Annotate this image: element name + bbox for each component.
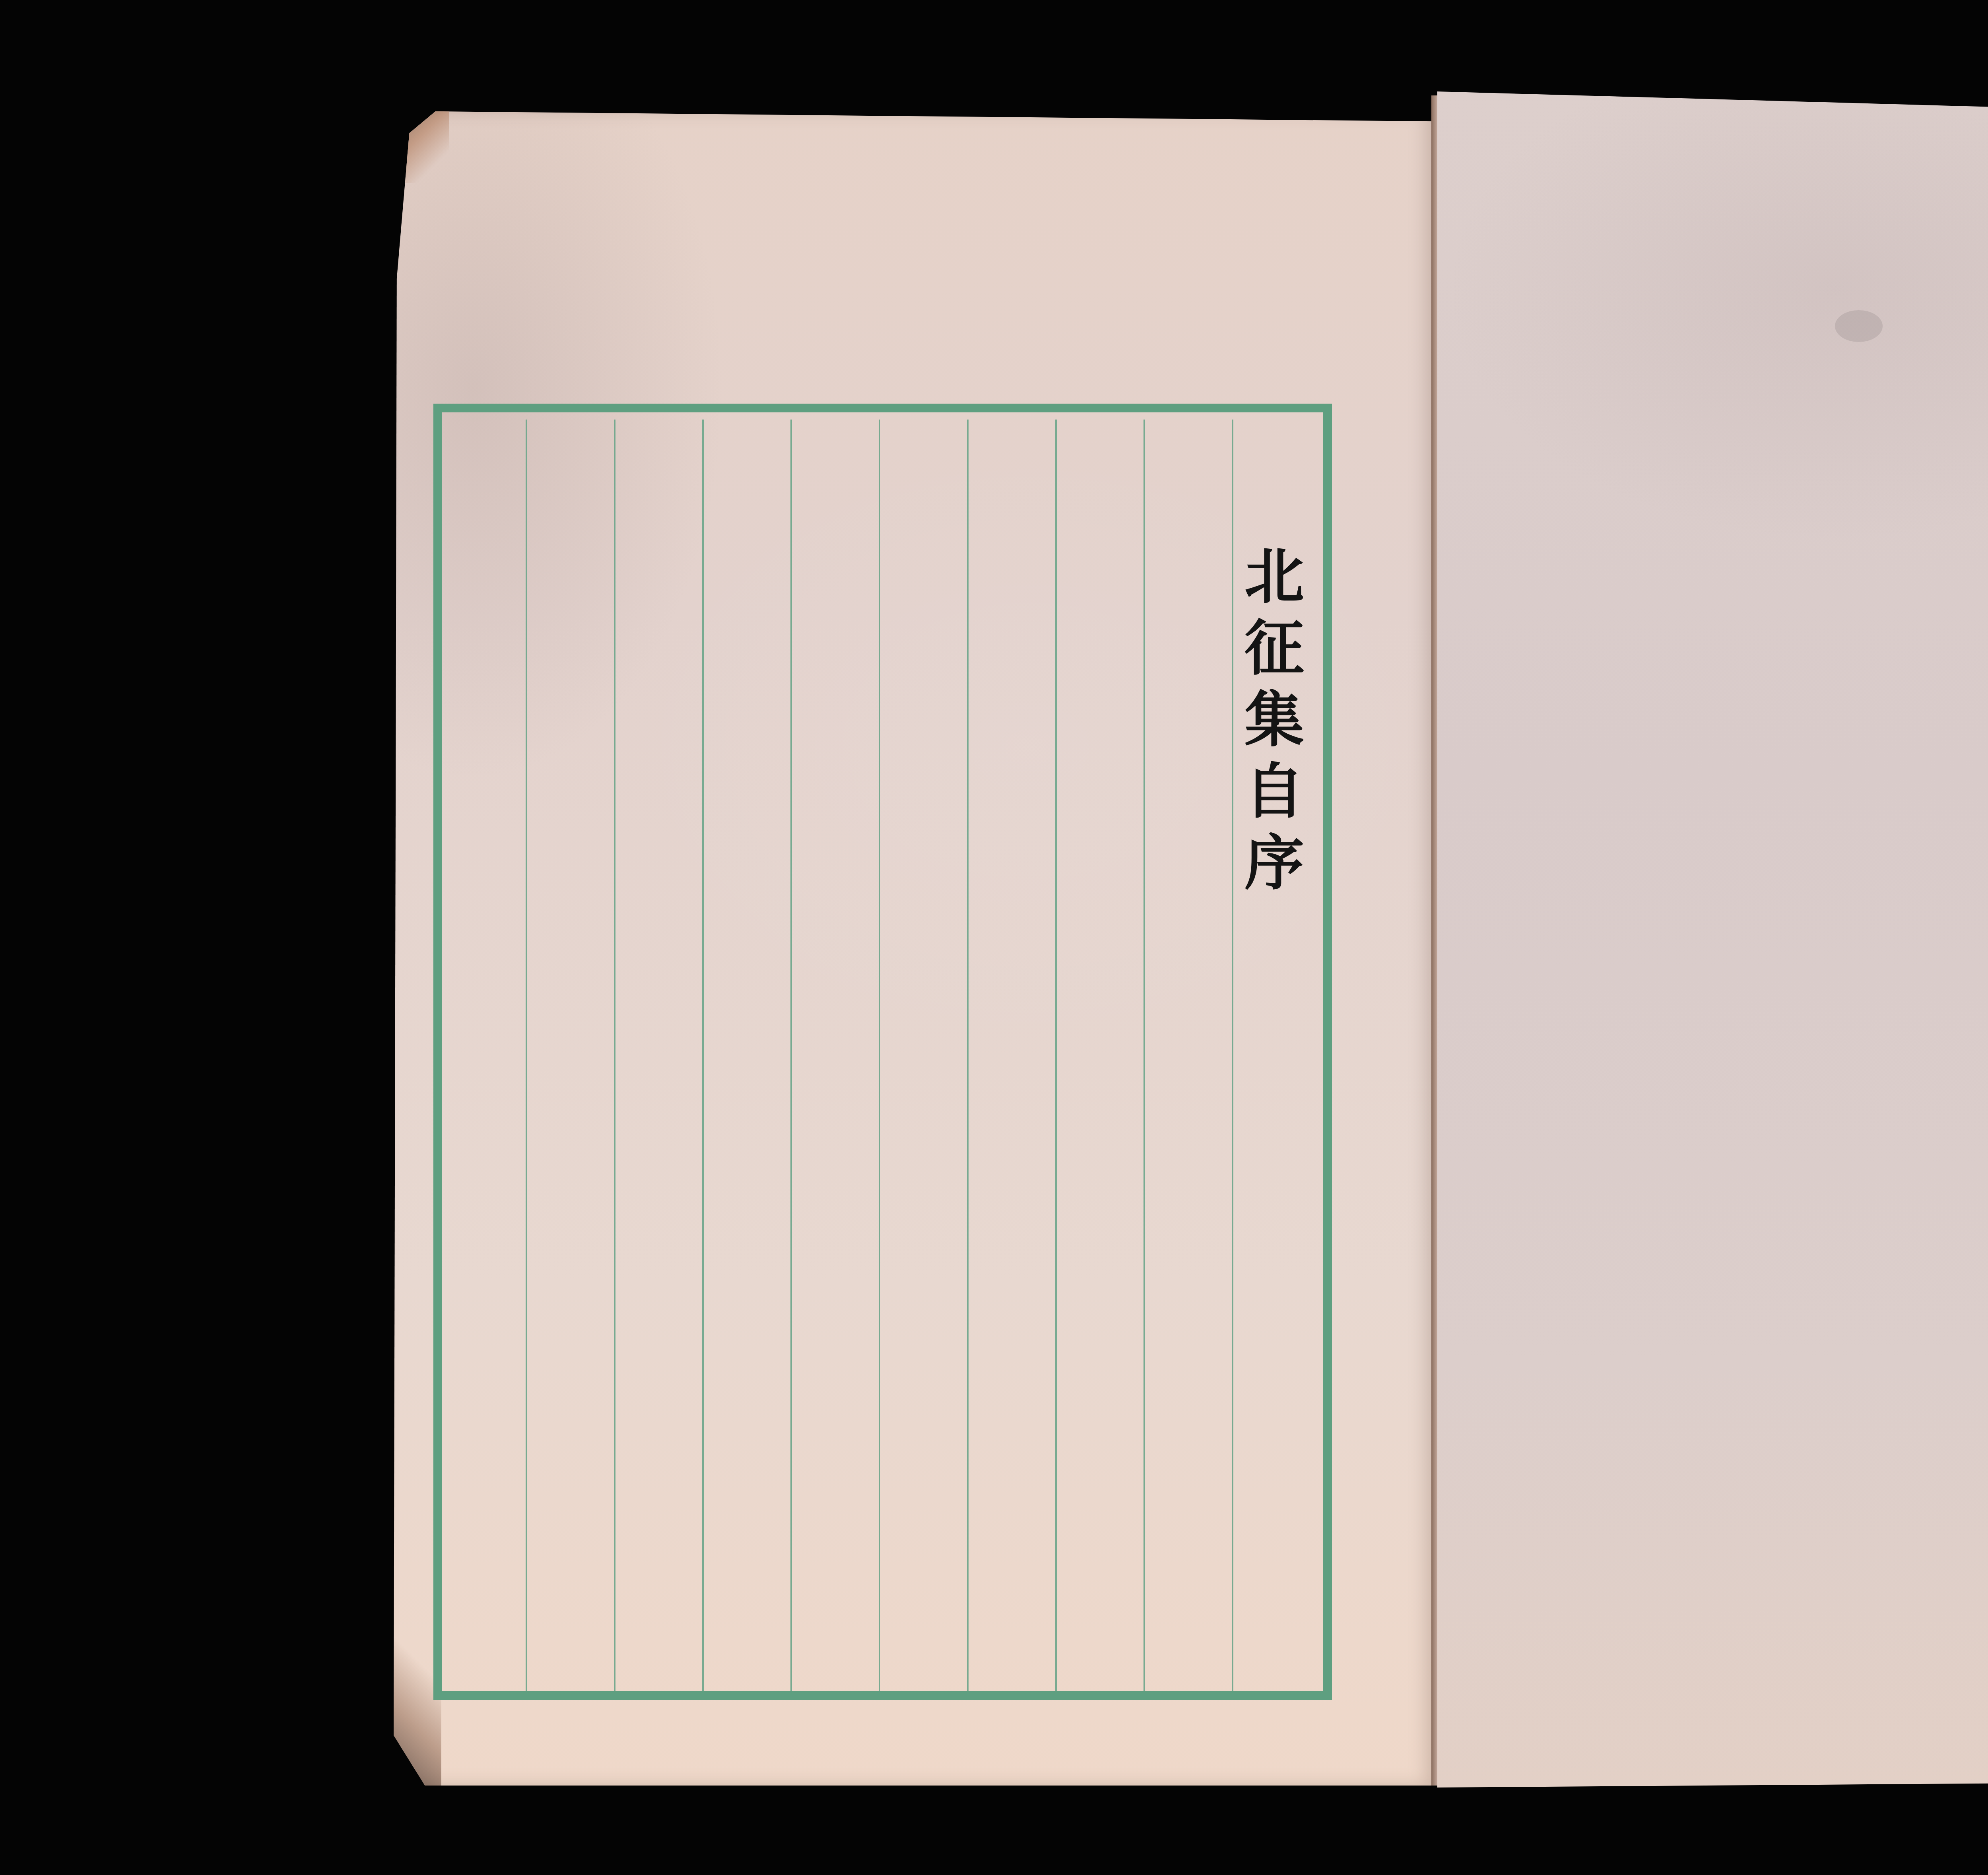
column-rule: [702, 420, 704, 1691]
worn-corner-top: [394, 111, 449, 183]
column-rule: [614, 420, 615, 1691]
paper-stain: [1835, 310, 1883, 342]
scan-background: 北 征 集 自 序 又 第 五 本: [0, 0, 1988, 1875]
column-rule: [879, 420, 880, 1691]
page-title: 北 征 集 自 序: [1242, 541, 1306, 899]
title-char: 序: [1244, 827, 1304, 899]
column-rule: [967, 420, 969, 1691]
right-page: 又 第 五 本: [1437, 91, 1988, 1788]
column-rule: [1232, 420, 1233, 1691]
column-rule: [1143, 420, 1145, 1691]
left-page: 北 征 集 自 序: [394, 111, 1437, 1786]
column-rule: [1055, 420, 1057, 1691]
column-rule: [790, 420, 792, 1691]
title-char: 自: [1244, 756, 1304, 827]
green-ruled-frame: [433, 404, 1332, 1700]
title-char: 北: [1244, 541, 1304, 612]
title-char: 征: [1244, 612, 1304, 684]
title-char: 集: [1244, 684, 1304, 756]
column-rule: [526, 420, 527, 1691]
